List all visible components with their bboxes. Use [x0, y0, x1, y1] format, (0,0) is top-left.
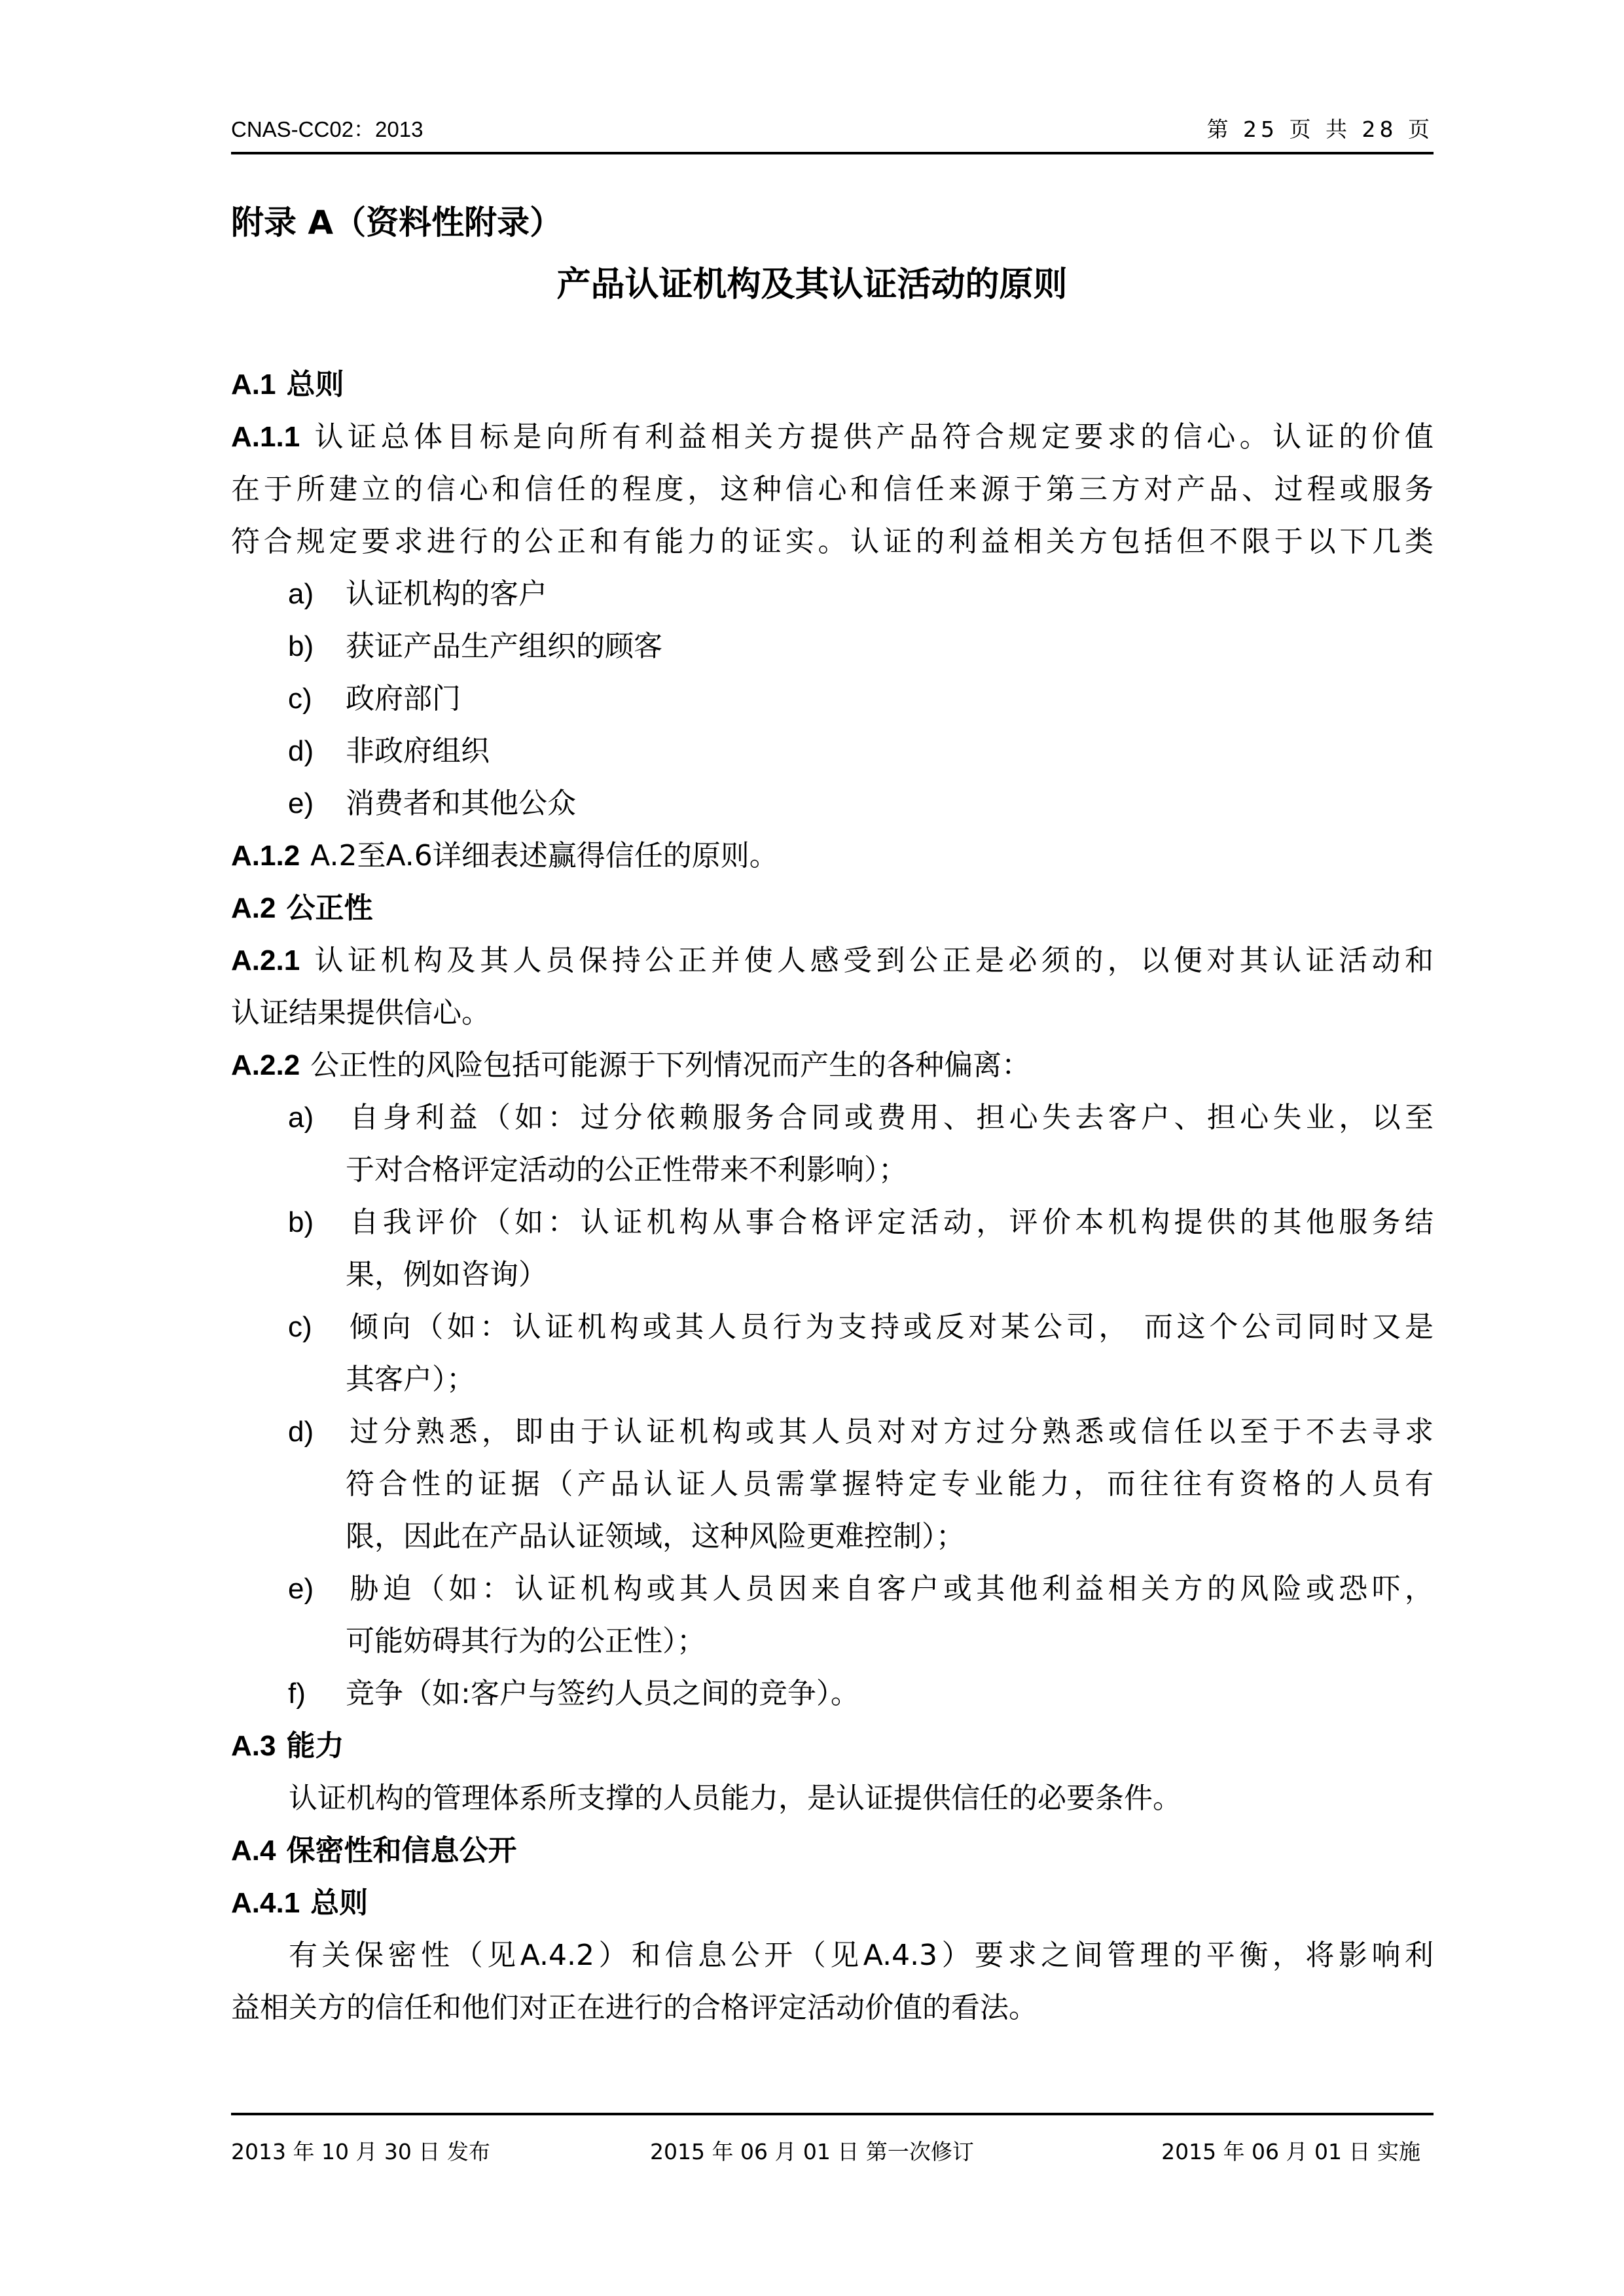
- list-marker: b): [288, 1196, 346, 1249]
- list-item-continuation: 符合性的证据（产品认证人员需掌握特定专业能力，而往往有资格的人员有: [231, 1458, 1434, 1511]
- paragraph-a1-1-line-3: 符合规定要求进行的公正和有能力的证实。认证的利益相关方包括但不限于以下几类: [231, 516, 1434, 568]
- list-item: c)政府部门: [231, 673, 1434, 725]
- list-item: e)胁迫（如：认证机构或其人员因来自客户或其他利益相关方的风险或恐吓，: [231, 1563, 1434, 1615]
- list-item: d)非政府组织: [231, 725, 1434, 778]
- list-marker: d): [288, 725, 346, 778]
- section-heading-a3: A.3能力: [231, 1720, 1434, 1772]
- list-marker: b): [288, 620, 346, 673]
- list-marker: a): [288, 568, 346, 620]
- list-item-continuation: 其客户）；: [231, 1354, 1434, 1406]
- clause-number: A.1.1: [231, 421, 300, 453]
- list-item: d)过分熟悉，即由于认证机构或其人员对对方过分熟悉或信任以至于不去寻求: [231, 1406, 1434, 1458]
- list-item: c)倾向（如：认证机构或其人员行为支持或反对某公司， 而这个公司同时又是: [231, 1301, 1434, 1354]
- clause-number: A.1.2: [231, 840, 300, 872]
- list-item: a)认证机构的客户: [231, 568, 1434, 620]
- list-marker: c): [288, 673, 346, 725]
- appendix-title: 附录 A（资料性附录）: [231, 196, 562, 243]
- clause-number: A.2.1: [231, 944, 300, 977]
- list-item-continuation: 可能妨碍其行为的公正性）；: [231, 1615, 1434, 1668]
- list-item-text: 政府部门: [346, 682, 461, 715]
- section-title: 保密性和信息公开: [286, 1834, 516, 1867]
- list-item-text: 非政府组织: [346, 734, 490, 768]
- section-title: 总则: [310, 1886, 368, 1920]
- effective-date: 2015 年 06 月 01 日 实施: [1161, 2135, 1420, 2166]
- list-item-text: 自身利益（如：过分依赖服务合同或费用、担心失去客户、担心失业，以至: [346, 1101, 1434, 1134]
- document-code: CNAS-CC02：2013: [231, 113, 423, 143]
- list-marker: a): [288, 1092, 346, 1144]
- paragraph-a1-1-line-2: 在于所建立的信心和信任的程度，这种信心和信任来源于第三方对产品、过程或服务: [231, 463, 1434, 516]
- page-title: 产品认证机构及其认证活动的原则: [0, 257, 1624, 306]
- list-item-continuation: 果，例如咨询）: [231, 1249, 1434, 1301]
- list-item-text: 认证机构的客户: [346, 577, 547, 611]
- clause-number: A.2.2: [231, 1049, 300, 1081]
- list-item-text: 自我评价（如：认证机构从事合格评定活动，评价本机构提供的其他服务结: [346, 1206, 1434, 1239]
- document-page: CNAS-CC02：2013 第 25 页 共 28 页 附录 A（资料性附录）…: [0, 0, 1624, 2296]
- list-marker: f): [288, 1668, 346, 1720]
- list-marker: e): [288, 778, 346, 830]
- list-item: f)竞争（如:客户与签约人员之间的竞争）。: [231, 1668, 1434, 1720]
- list-item: a)自身利益（如：过分依赖服务合同或费用、担心失去客户、担心失业，以至: [231, 1092, 1434, 1144]
- list-marker: d): [288, 1406, 346, 1458]
- section-heading-a4-1: A.4.1总则: [231, 1877, 1434, 1929]
- list-marker: e): [288, 1563, 346, 1615]
- list-item: e)消费者和其他公众: [231, 778, 1434, 830]
- section-number: A.3: [231, 1730, 276, 1762]
- section-title: 能力: [286, 1729, 344, 1763]
- section-heading-a2: A.2公正性: [231, 882, 1434, 935]
- footer-rule: [231, 2113, 1434, 2115]
- section-number: A.4.1: [231, 1887, 300, 1919]
- revision-date: 2015 年 06 月 01 日 第一次修订: [650, 2135, 974, 2166]
- section-title: 总则: [286, 368, 344, 401]
- paragraph-a2-2: A.2.2公正性的风险包括可能源于下列情况而产生的各种偏离：: [231, 1039, 1434, 1092]
- list-item-text: 竞争（如:客户与签约人员之间的竞争）。: [346, 1677, 859, 1710]
- list-item-continuation: 于对合格评定活动的公正性带来不利影响）；: [231, 1144, 1434, 1196]
- paragraph-a1-1-line-1: A.1.1认证总体目标是向所有利益相关方提供产品符合规定要求的信心。认证的价值: [231, 411, 1434, 463]
- paragraph-text: 认证机构及其人员保持公正并使人感受到公正是必须的，以便对其认证活动和: [310, 944, 1434, 977]
- list-item-text: 胁迫（如：认证机构或其人员因来自客户或其他利益相关方的风险或恐吓，: [346, 1572, 1434, 1605]
- paragraph-a4-1-line-1: 有关保密性（见A.4.2）和信息公开（见A.4.3）要求之间管理的平衡，将影响利: [231, 1929, 1434, 1982]
- paragraph-a4-1-line-2: 益相关方的信任和他们对正在进行的合格评定活动价值的看法。: [231, 1982, 1434, 2034]
- section-heading-a4: A.4保密性和信息公开: [231, 1825, 1434, 1877]
- section-number: A.2: [231, 892, 276, 924]
- list-item-continuation: 限，因此在产品认证领域，这种风险更难控制）；: [231, 1511, 1434, 1563]
- section-title: 公正性: [286, 891, 372, 925]
- document-body: A.1总则 A.1.1认证总体目标是向所有利益相关方提供产品符合规定要求的信心。…: [231, 359, 1434, 2034]
- page-number: 第 25 页 共 28 页: [1207, 113, 1434, 143]
- publish-date: 2013 年 10 月 30 日 发布: [231, 2135, 490, 2166]
- list-item: b)获证产品生产组织的顾客: [231, 620, 1434, 673]
- paragraph-text: A.2至A.6详细表述赢得信任的原则。: [310, 839, 778, 872]
- list-item-text: 获证产品生产组织的顾客: [346, 630, 662, 663]
- section-number: A.1: [231, 368, 276, 401]
- list-item-text: 消费者和其他公众: [346, 787, 576, 820]
- header-rule: [231, 152, 1434, 154]
- section-number: A.4: [231, 1835, 276, 1867]
- list-item: b)自我评价（如：认证机构从事合格评定活动，评价本机构提供的其他服务结: [231, 1196, 1434, 1249]
- list-item-text: 过分熟悉，即由于认证机构或其人员对对方过分熟悉或信任以至于不去寻求: [346, 1415, 1434, 1448]
- paragraph-a1-2: A.1.2A.2至A.6详细表述赢得信任的原则。: [231, 830, 1434, 882]
- paragraph-a2-1-line-2: 认证结果提供信心。: [231, 987, 1434, 1039]
- page-footer: 2013 年 10 月 30 日 发布 2015 年 06 月 01 日 第一次…: [231, 2135, 1434, 2168]
- paragraph-a3: 认证机构的管理体系所支撑的人员能力，是认证提供信任的必要条件。: [231, 1772, 1434, 1825]
- section-heading-a1: A.1总则: [231, 359, 1434, 411]
- paragraph-text: 公正性的风险包括可能源于下列情况而产生的各种偏离：: [310, 1049, 1030, 1082]
- paragraph-text: 认证总体目标是向所有利益相关方提供产品符合规定要求的信心。认证的价值: [310, 420, 1434, 454]
- list-item-text: 倾向（如：认证机构或其人员行为支持或反对某公司， 而这个公司同时又是: [346, 1310, 1434, 1344]
- page-header: CNAS-CC02：2013 第 25 页 共 28 页: [231, 113, 1434, 145]
- list-marker: c): [288, 1301, 346, 1354]
- paragraph-a2-1-line-1: A.2.1认证机构及其人员保持公正并使人感受到公正是必须的，以便对其认证活动和: [231, 935, 1434, 987]
